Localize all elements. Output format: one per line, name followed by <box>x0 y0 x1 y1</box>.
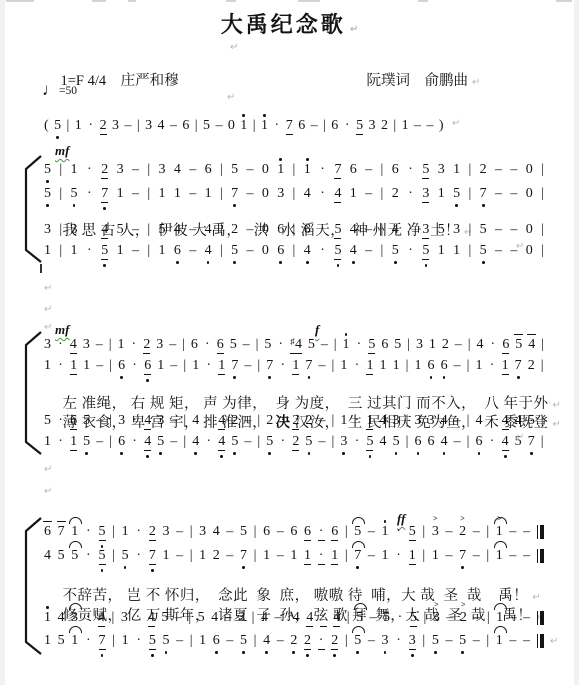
note-token: 5 <box>71 548 78 564</box>
note-token: · <box>204 337 211 353</box>
note-token: 7 <box>266 358 273 374</box>
note-token: – <box>473 610 480 626</box>
note-token: · <box>395 633 402 649</box>
note-token: 4 <box>218 434 225 451</box>
note-token: – <box>523 524 530 540</box>
note-token: 5 <box>99 524 106 541</box>
note-token: – <box>176 548 183 564</box>
note-token: – <box>132 186 139 202</box>
intro-line: (5|1·23–|34–6|5–01|1·76–|6·532|1––) <box>44 118 444 134</box>
note-token: 2 <box>442 337 449 353</box>
note-token: 4 <box>218 413 225 430</box>
barline-icon: | <box>487 610 490 626</box>
note-token: – <box>318 358 325 374</box>
note-token: – <box>96 413 103 429</box>
soprano-line: 5|1·23–|34–6|5–01|1·76–|6·531|2––0| <box>44 162 544 178</box>
note-token: – <box>96 358 103 374</box>
note-token: 4 <box>263 633 270 649</box>
alto-line: 455·5|5·71–|12–7|1–11·1|7–1·1|1–7–|1–– <box>44 548 544 564</box>
note-token: · <box>355 337 362 353</box>
note-token: · <box>205 413 212 429</box>
note-token: 3 <box>369 118 376 134</box>
note-token: 5 <box>231 243 238 259</box>
note-token: 1 <box>453 162 460 178</box>
barline-icon: | <box>59 243 62 259</box>
note-token: 2 <box>213 548 220 564</box>
note-token: 7 <box>480 186 487 202</box>
note-token: 6 <box>392 162 399 178</box>
note-token: 5 <box>198 610 205 626</box>
note-token: 1 <box>157 358 164 374</box>
barline-icon: | <box>332 413 335 429</box>
barline-icon: | <box>467 413 470 429</box>
note-token: 3 <box>340 434 347 450</box>
note-token: 3 <box>112 118 119 134</box>
note-token: 1 <box>122 633 129 649</box>
note-token: 1 <box>429 337 436 353</box>
note-token: 5 <box>334 222 341 239</box>
barline-icon: | <box>257 434 260 450</box>
note-token: 7 <box>354 548 361 564</box>
final-barline-icon <box>537 611 544 625</box>
note-token: 3 <box>409 633 416 650</box>
note-token: 7 <box>459 548 466 564</box>
barline-icon: | <box>190 524 193 540</box>
dynamic-marking-mf: mf <box>55 143 69 159</box>
note-token: · <box>344 118 351 134</box>
note-token: · <box>277 337 284 353</box>
barline-icon: | <box>112 633 115 649</box>
note-token: 5 <box>44 162 51 178</box>
paragraph-mark-icon: ↵ <box>452 118 460 129</box>
note-token: – <box>318 434 325 450</box>
note-token: · <box>85 524 92 540</box>
note-token: 4 <box>502 413 509 430</box>
note-token: – <box>454 434 461 450</box>
note-token: 6 <box>428 358 435 374</box>
note-token: – <box>495 162 502 178</box>
paragraph-mark-icon: ↵ <box>516 241 524 252</box>
note-token: 5 <box>44 186 51 202</box>
note-token: 5 <box>230 337 237 353</box>
note-token: – <box>495 243 502 259</box>
note-token: 2 <box>290 633 297 649</box>
note-token: – <box>244 434 251 450</box>
note-token: 4 <box>350 222 357 238</box>
note-token: 6 <box>191 337 198 353</box>
note-token: 4 <box>205 222 212 238</box>
note-token: – <box>318 413 325 429</box>
expression-marking: 庄严和穆 <box>121 73 179 89</box>
note-token: – <box>225 610 232 626</box>
tenor-line: 3|3·45–|54–4|2–06|6·54–|4·353|5––0| <box>44 222 544 238</box>
note-token: · <box>353 358 360 374</box>
note-token: 3 <box>44 222 51 238</box>
barline-icon: | <box>253 118 256 134</box>
note-token: · <box>279 413 286 429</box>
note-token: · <box>57 413 64 429</box>
note-token: – <box>426 118 433 134</box>
note-token: 3 <box>422 222 429 239</box>
note-token: 5 <box>354 524 361 540</box>
note-token: 6 <box>298 118 305 134</box>
note-token: 6 <box>70 413 77 430</box>
note-token: – <box>454 413 461 429</box>
paragraph-mark-icon: ↵ <box>553 419 561 430</box>
note-token: – <box>169 337 176 353</box>
bass-line: 151·7|1·55–|16–5|4–22·2|5–3·3|5–5–|1–– <box>44 633 544 649</box>
note-token: – <box>244 358 251 374</box>
note-token: 6 <box>205 162 212 178</box>
note-token: – <box>189 243 196 259</box>
note-token: · <box>319 186 326 202</box>
note-token: · <box>489 358 496 374</box>
note-token: 4 <box>380 434 387 450</box>
barline-icon: | <box>381 243 384 259</box>
note-token: – <box>226 524 233 540</box>
note-token: 1 <box>393 358 400 374</box>
barline-icon: | <box>541 434 544 450</box>
note-token: 6 <box>350 162 357 178</box>
soprano-line: 3·43–|1·23–|6·65–|5·♯45–|1·565|312–|4·65… <box>44 337 544 353</box>
note-token: 1 <box>71 524 78 540</box>
note-token: 5 <box>438 222 445 238</box>
note-token: · <box>279 434 286 450</box>
note-token: 3 <box>393 413 400 429</box>
note-token: 5 <box>383 610 390 626</box>
note-token: 4 <box>304 186 311 202</box>
scan-artifact <box>0 0 5 685</box>
final-barline-icon <box>537 634 544 648</box>
note-token: – <box>176 633 183 649</box>
note-token: · <box>131 358 138 374</box>
soprano-line: 671·5|1·23–|34–5|6–66·6|5–1·5|3>–2>–|1>–… <box>44 524 544 540</box>
note-token: ) <box>439 118 444 134</box>
note-token: 5 <box>231 434 238 450</box>
scan-artifact <box>6 0 34 2</box>
note-token: 1 <box>340 413 347 429</box>
barline-icon: | <box>252 610 255 626</box>
note-token: 4 <box>148 610 155 627</box>
note-token: · <box>489 413 496 429</box>
note-token: 1 <box>496 633 503 649</box>
note-token: 5 <box>101 243 108 260</box>
note-token: 7 <box>305 358 312 374</box>
note-token: – <box>321 337 328 353</box>
note-token: – <box>370 610 377 626</box>
note-token: 1 <box>366 358 373 375</box>
note-token: · <box>489 434 496 450</box>
note-token: 4 <box>476 413 483 429</box>
note-token: 0 <box>262 186 269 202</box>
barline-icon: | <box>381 162 384 178</box>
barline-icon: | <box>345 548 348 564</box>
scan-artifact <box>40 264 42 273</box>
note-token: – <box>510 162 517 178</box>
note-token: 1 <box>192 358 199 374</box>
note-token: 7 <box>528 434 535 450</box>
barline-icon: | <box>183 434 186 450</box>
note-token: 6 <box>290 524 297 540</box>
note-token: – <box>170 413 177 429</box>
note-token: · <box>318 548 325 565</box>
note-token: 1 <box>162 548 169 564</box>
note-token: 1 <box>304 548 311 565</box>
barline-icon: | <box>59 162 62 178</box>
note-token: 4 <box>174 162 181 178</box>
note-token: 3> <box>432 524 439 540</box>
paragraph-mark-icon: ↵ <box>44 304 52 315</box>
barline-icon: | <box>486 633 489 649</box>
note-token: · <box>318 524 325 541</box>
note-token: – <box>124 118 131 134</box>
note-token: · <box>85 610 92 626</box>
page-title: 大禹纪念歌↵ <box>0 8 579 39</box>
paragraph-mark-icon: ↵ <box>227 92 235 103</box>
note-token: – <box>189 162 196 178</box>
note-token: – <box>368 548 375 564</box>
note-token: 0 <box>526 186 533 202</box>
barline-icon: | <box>467 434 470 450</box>
note-token: 2 <box>392 186 399 202</box>
note-token: – <box>215 118 222 134</box>
note-token: 6 <box>44 524 51 540</box>
note-token: 4 <box>306 610 313 627</box>
note-token: · <box>86 162 93 178</box>
note-token: 1 <box>44 633 51 649</box>
note-token: 2> <box>460 610 467 626</box>
note-token: 6 <box>304 222 311 238</box>
paragraph-mark-icon: ↵ <box>230 42 238 53</box>
barline-icon: | <box>541 413 544 429</box>
note-token: · <box>57 358 64 374</box>
note-token: · <box>353 413 360 429</box>
barline-icon: | <box>109 413 112 429</box>
note-token: 1 <box>117 186 124 202</box>
scan-artifact <box>556 0 572 2</box>
note-token: 5 <box>231 162 238 178</box>
note-token: – <box>495 186 502 202</box>
barline-icon: | <box>254 548 257 564</box>
song-title-text: 大禹纪念歌 <box>221 12 346 37</box>
note-token: 5 <box>266 434 273 450</box>
note-token: 3 <box>428 413 435 429</box>
note-token: 5 <box>240 524 247 540</box>
note-token: – <box>365 162 372 178</box>
note-token: 7 <box>149 548 156 565</box>
note-token: 2 <box>231 222 238 238</box>
note-token: – <box>132 222 139 238</box>
note-token: · <box>135 633 142 649</box>
note-token: – <box>175 610 182 626</box>
note-token: 1 <box>44 243 51 259</box>
note-token: 1 <box>199 548 206 564</box>
note-token: 2 <box>100 118 107 135</box>
barline-icon: | <box>59 186 62 202</box>
note-token: · <box>397 610 404 626</box>
barline-icon: | <box>112 610 115 626</box>
note-token: 3 <box>71 610 78 626</box>
note-token: – <box>170 118 177 134</box>
barline-icon: | <box>112 524 115 540</box>
note-token: 3 <box>156 337 163 353</box>
note-token: 3 <box>157 413 164 429</box>
barline-icon: | <box>109 358 112 374</box>
note-token: 0 <box>262 243 269 259</box>
barline-icon: | <box>256 337 259 353</box>
note-token: 1 <box>409 548 416 565</box>
note-token: 3 <box>44 337 51 353</box>
note-token: · <box>319 222 326 238</box>
note-token: 6 <box>118 434 125 450</box>
note-token: 5 <box>305 434 312 450</box>
note-token: 1 <box>496 610 503 626</box>
note-token: 5 <box>149 633 156 650</box>
barline-icon: | <box>406 413 409 429</box>
note-token: – <box>96 337 103 353</box>
note-token: 6 <box>476 434 483 450</box>
note-token: – <box>170 358 177 374</box>
note-token: 1 <box>174 186 181 202</box>
note-token: 5 <box>240 633 247 649</box>
note-token: 5 <box>459 633 466 649</box>
note-token: 5 <box>117 222 124 238</box>
note-token: 1 <box>44 434 51 450</box>
barline-icon: | <box>109 337 112 353</box>
note-token: ( <box>44 118 49 134</box>
note-token: – <box>445 548 452 564</box>
note-token: 5 <box>410 610 417 627</box>
note-token: 1 <box>117 243 124 259</box>
barline-icon: | <box>195 118 198 134</box>
note-token: 5 <box>58 548 65 564</box>
note-token: 1 <box>402 118 409 134</box>
scan-artifact <box>92 0 106 2</box>
note-token: 6 <box>174 243 181 259</box>
note-token: 5 <box>58 633 65 649</box>
quarter-note-icon: ♩ <box>42 80 59 99</box>
note-token: 5 <box>159 222 166 238</box>
barline-icon: | <box>422 633 425 649</box>
note-token: 0 <box>526 243 533 259</box>
note-token: 6 <box>331 118 338 134</box>
note-token: · <box>131 434 138 450</box>
note-token: 3 <box>422 186 429 203</box>
note-token: 1 <box>292 358 299 375</box>
note-token: 4 <box>158 118 165 134</box>
note-token: 1 <box>71 162 78 178</box>
note-token: – <box>246 186 253 202</box>
note-token: 5 <box>83 434 90 450</box>
barline-icon: | <box>468 222 471 238</box>
note-token: 7 <box>231 186 238 202</box>
note-token: 7 <box>240 548 247 564</box>
dynamic-marking-f: f <box>315 322 319 338</box>
note-token: 3 <box>414 413 421 429</box>
scan-artifact <box>298 0 320 2</box>
note-token: ♯4 <box>290 337 302 354</box>
note-token: – <box>246 243 253 259</box>
note-token: – <box>226 633 233 649</box>
note-token: 3> <box>433 610 440 626</box>
note-token: 4 <box>334 186 341 203</box>
note-token: 4 <box>144 434 151 451</box>
barline-icon: | <box>220 243 223 259</box>
scan-artifact <box>226 0 236 2</box>
barline-icon: | <box>332 434 335 450</box>
barline-icon: | <box>406 434 409 450</box>
note-token: – <box>189 222 196 238</box>
note-token: 5 <box>122 548 129 564</box>
note-token: · <box>85 548 92 564</box>
note-token: 6 <box>331 524 338 541</box>
note-token: – <box>523 548 530 564</box>
note-token: · <box>135 548 142 564</box>
note-token: 4 <box>192 413 199 429</box>
note-token: 5 <box>264 337 271 353</box>
note-token: 0 <box>526 162 533 178</box>
note-token: 0 <box>228 118 235 134</box>
barline-icon: | <box>257 413 260 429</box>
note-token: – <box>246 222 253 238</box>
note-token: 6 <box>441 358 448 374</box>
paragraph-mark-icon: ↵ <box>350 24 358 35</box>
note-token: · <box>395 524 402 540</box>
note-token: 3 <box>145 118 152 134</box>
note-token: – <box>509 633 516 649</box>
note-token: · <box>205 434 212 450</box>
note-token: 4 <box>44 548 51 564</box>
note-token: 5 <box>44 413 51 429</box>
note-token: 7 <box>515 358 522 374</box>
note-token: 7 <box>58 524 65 540</box>
barline-icon: | <box>541 337 544 353</box>
note-token: 6 <box>502 337 509 354</box>
note-token: 5 <box>392 243 399 259</box>
paragraph-mark-icon: ↵ <box>44 322 52 333</box>
note-token: 1 <box>240 118 247 134</box>
note-token: 4 <box>98 610 105 627</box>
paragraph-mark-icon: ↵ <box>516 432 524 443</box>
note-token: 1 <box>476 358 483 374</box>
note-token: 1 <box>438 186 445 202</box>
barline-icon: | <box>486 524 489 540</box>
barline-icon: | <box>468 162 471 178</box>
note-token: 1 <box>453 243 460 259</box>
note-token: 6 <box>213 633 220 649</box>
note-token: 5 <box>394 337 401 353</box>
dynamic-marking-mf: mf <box>55 322 69 338</box>
note-token: 5 <box>162 633 169 649</box>
scan-artifact <box>128 0 136 2</box>
note-token: 6 <box>263 524 270 540</box>
note-token: · <box>86 243 93 259</box>
note-token: · <box>318 633 325 650</box>
note-token: 1 <box>122 524 129 540</box>
note-token: 1 <box>199 633 206 649</box>
note-token: – <box>244 413 251 429</box>
barline-icon: | <box>424 610 427 626</box>
note-token: 3 <box>118 413 125 429</box>
barline-icon: | <box>220 186 223 202</box>
note-token: 5 <box>161 610 168 626</box>
note-token: 1 <box>382 524 389 540</box>
note-token: 2 <box>528 358 535 374</box>
note-token: 6 <box>144 358 151 375</box>
barline-icon: | <box>67 118 70 134</box>
note-token: 4 <box>350 243 357 259</box>
note-token: 2 <box>143 337 150 354</box>
